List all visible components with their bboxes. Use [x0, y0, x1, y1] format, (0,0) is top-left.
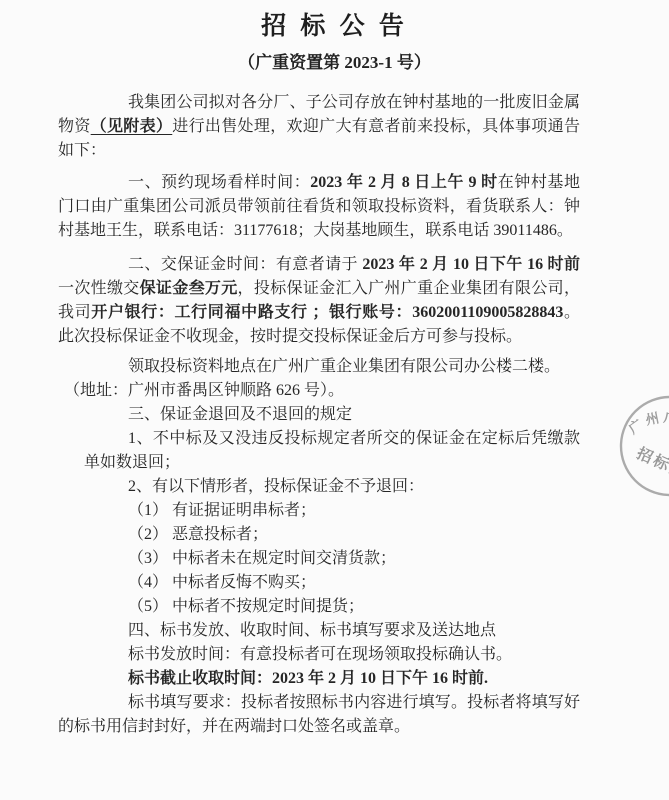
scanned-document-page: 招 标 公 告 （广重资置第 2023-1 号） 我集团公司拟对各分厂、子公司存…	[0, 0, 669, 800]
paragraph: 三、保证金退回及不退回的规定	[128, 403, 580, 427]
paragraph: 标书发放时间：有意投标者可在现场领取投标确认书。	[128, 643, 580, 667]
seal-office-label: 招标办	[633, 443, 669, 483]
paragraph: 一、预约现场看样时间：2023 年 2 月 8 日上午 9 时在钟村基地门口由广…	[58, 171, 580, 243]
text-segment: 四、标书发放、收取时间、标书填写要求及送达地点	[128, 622, 496, 639]
text-segment: 2023 年 2 月 10 日下午 16 时前	[362, 256, 580, 273]
paragraph: （4） 中标者反悔不购买；	[128, 571, 580, 595]
text-segment: 三、保证金退回及不退回的规定	[128, 406, 352, 423]
document-number: （广重资置第 2023-1 号）	[0, 51, 669, 75]
text-segment: （5） 中标者不按规定时间提货；	[128, 598, 364, 615]
seal-circle-border	[605, 381, 669, 510]
text-segment: 标书截止收取时间：2023 年 2 月 10 日下午 16 时前.	[128, 670, 488, 687]
text-segment: （见附表）	[91, 118, 173, 135]
text-segment: 3602001109005828843	[412, 304, 563, 321]
text-segment: （3） 中标者未在规定时间交清货款；	[128, 550, 396, 567]
paragraph: （1） 有证据证明串标者；	[128, 499, 580, 523]
text-segment: 一次性缴交	[58, 280, 140, 297]
document-body: 我集团公司拟对各分厂、子公司存放在钟村基地的一批废旧金属物资（见附表）进行出售处…	[58, 91, 580, 739]
page-title: 招 标 公 告	[0, 0, 669, 44]
text-segment: 二、交保证金时间：有意者请于	[128, 256, 362, 273]
paragraph: 1、不中标及又没违反投标规定者所交的保证金在定标后凭缴款单如数退回；	[84, 427, 580, 475]
paragraph: 四、标书发放、收取时间、标书填写要求及送达地点	[128, 619, 580, 643]
company-seal-stamp: 广州广重企业 招标办	[590, 366, 669, 526]
text-segment: 标书发放时间：有意投标者可在现场领取投标确认书。	[128, 646, 512, 663]
text-segment: （1） 有证据证明串标者；	[128, 502, 316, 519]
text-segment: 领取投标资料地点在广州广重企业集团有限公司办公楼二楼。	[128, 358, 560, 375]
paragraph: 标书截止收取时间：2023 年 2 月 10 日下午 16 时前.	[128, 667, 580, 691]
paragraph: 我集团公司拟对各分厂、子公司存放在钟村基地的一批废旧金属物资（见附表）进行出售处…	[58, 91, 580, 163]
text-segment: （4） 中标者反悔不购买；	[128, 574, 316, 591]
text-segment: 2、有以下情形者，投标保证金不予退回：	[128, 478, 424, 495]
paragraph: 二、交保证金时间：有意者请于 2023 年 2 月 10 日下午 16 时前一次…	[58, 253, 580, 349]
paragraph: （地址：广州市番禺区钟顺路 626 号）。	[58, 379, 580, 403]
text-segment: （地址：广州市番禺区钟顺路 626 号）。	[64, 382, 344, 399]
paragraph: 领取投标资料地点在广州广重企业集团有限公司办公楼二楼。	[58, 355, 580, 379]
text-segment: 2023 年 2 月 8 日上午 9 时	[310, 174, 497, 191]
text-segment: 保证金叁万元	[140, 280, 238, 297]
paragraph: （2） 恶意投标者；	[128, 523, 580, 547]
text-segment: 1、不中标及又没违反投标规定者所交的保证金在定标后凭缴款单如数退回；	[84, 430, 580, 471]
paragraph: 标书填写要求：投标者按照标书内容进行填写。投标者将填写好的标书用信封封好，并在两…	[58, 691, 580, 739]
text-segment: （2） 恶意投标者；	[128, 526, 268, 543]
text-segment: 标书填写要求：投标者按照标书内容进行填写。投标者将填写好的标书用信封封好，并在两…	[58, 694, 580, 735]
paragraph: （3） 中标者未在规定时间交清货款；	[128, 547, 580, 571]
text-segment: 一、预约现场看样时间：	[128, 174, 310, 191]
text-segment: 开户银行：工行同福中路支行 ；银行账号：	[91, 304, 412, 321]
paragraph: 2、有以下情形者，投标保证金不予退回：	[128, 475, 580, 499]
paragraph: （5） 中标者不按规定时间提货；	[128, 595, 580, 619]
